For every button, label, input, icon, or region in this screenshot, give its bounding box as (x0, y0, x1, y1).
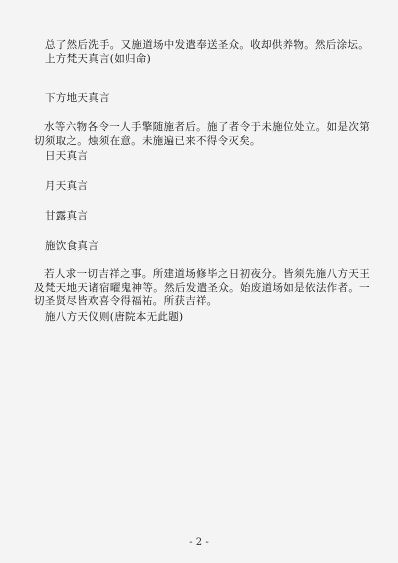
paragraph-text: 总了然后洗手。又施道场中发遣奉送圣众。收却供养物。然后涂坛。 (45, 39, 369, 52)
section-heading: 下方地天真言 (45, 92, 110, 105)
section-heading: 施八方天仪则(唐院本无此题) (45, 311, 183, 324)
section-heading: 甘露真言 (45, 210, 88, 223)
section-heading: 施饮食真言 (45, 240, 99, 253)
section-heading: 月天真言 (45, 180, 88, 193)
paragraph-text: 水等六物各令一人手擎随施者后。施了者令于未施位处立。如是次第切须取之。烛须在意。… (34, 121, 370, 148)
page-number: - 2 - (0, 537, 398, 548)
paragraph-text: 若人求一切吉祥之事。所建道场修毕之日初夜分。皆须先施八方天王及梵天地天诸宿曜鬼神… (34, 268, 370, 309)
section-heading: 日天真言 (45, 150, 88, 163)
section-heading: 上方梵天真言(如归命) (45, 53, 151, 66)
document-page: 总了然后洗手。又施道场中发遣奉送圣众。收却供养物。然后涂坛。 上方梵天真言(如归… (0, 0, 398, 563)
